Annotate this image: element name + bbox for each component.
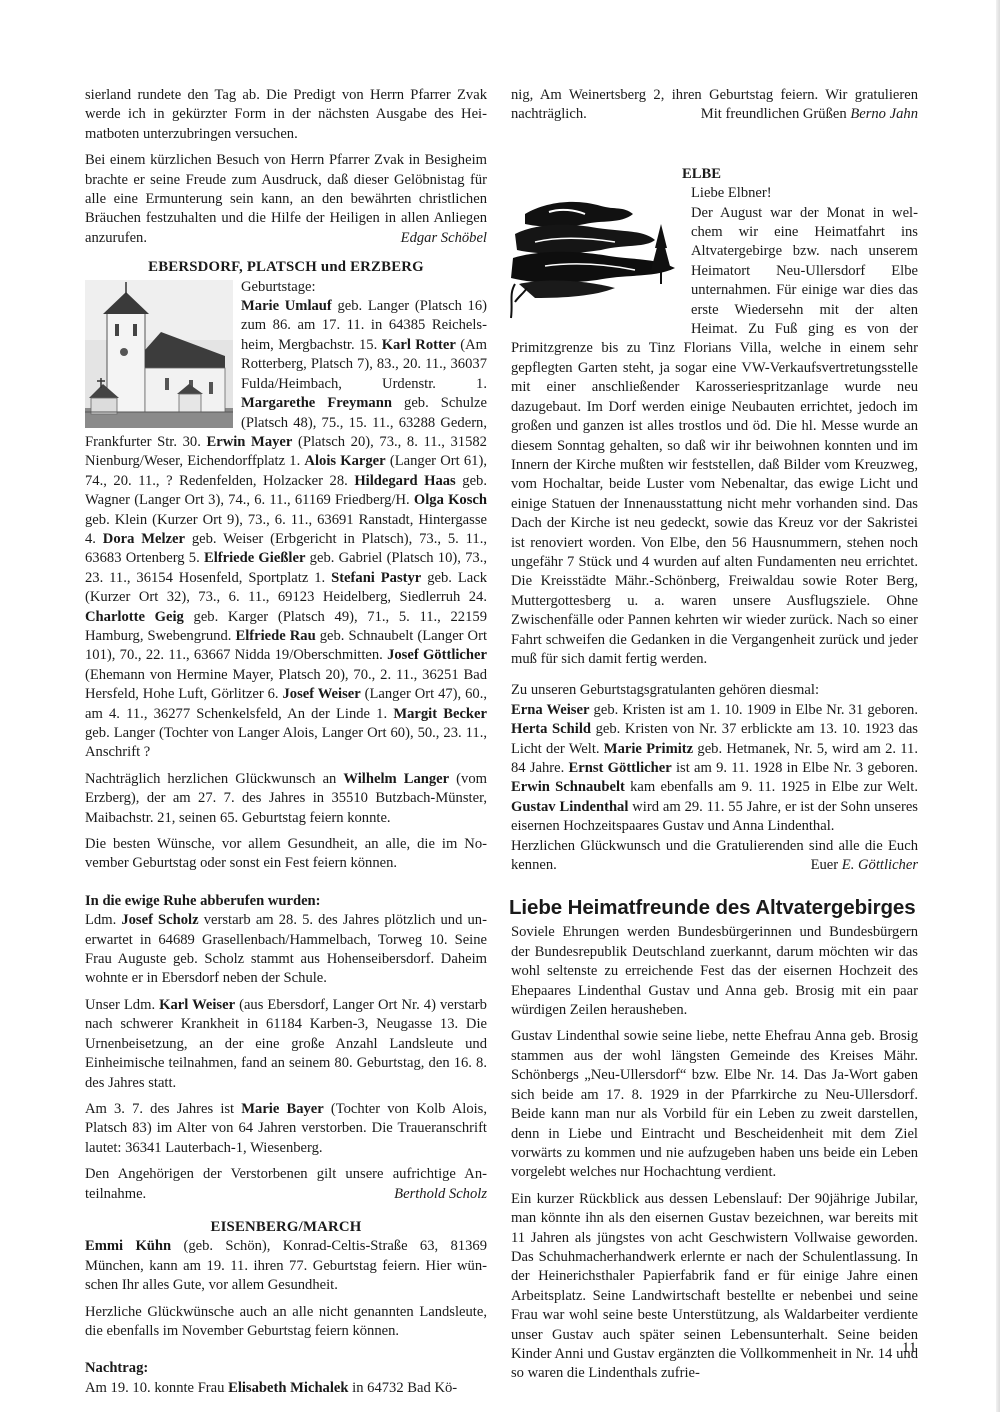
left-column: sierland rundete den Tag ab. Die Predigt… xyxy=(85,86,487,1405)
addendum-title: Nachtrag: xyxy=(85,1359,487,1378)
intro-paragraph-1: sierland rundete den Tag ab. Die Predigt… xyxy=(85,86,487,144)
section-title-eisenberg: EISENBERG/MARCH xyxy=(85,1218,487,1237)
addendum-continuation: nig, Am Weinertsberg 2, ihren Geburtstag… xyxy=(511,86,918,125)
death-notice-paragraph: Am 3. 7. des Jahres ist Marie Bayer (Toc… xyxy=(85,1100,487,1158)
birthdays-intro: Zu unseren Geburtstagsgratulanten gehöre… xyxy=(511,681,918,700)
eisenberg-paragraph-1: Emmi Kühn (geb. Schön), Konrad-Celtis-St… xyxy=(85,1237,487,1295)
birthday-entry: Ernst Göttlicher ist am 9. 11. 1928 in E… xyxy=(569,760,918,776)
landscape-icon xyxy=(505,184,683,324)
section-title-ebersdorf: EBERSDORF, PLATSCH und ERZBERG xyxy=(85,258,487,277)
article-paragraph-3: Ein kurzer Rückblick aus dessen Lebensla… xyxy=(511,1190,918,1384)
right-column: nig, Am Weinertsberg 2, ihren Geburtstag… xyxy=(511,86,918,1391)
page-number: 11 xyxy=(902,1340,916,1357)
document-page: sierland rundete den Tag ab. Die Predigt… xyxy=(0,0,1000,1412)
best-wishes-paragraph: Die besten Wünsche, vor allem Gesundheit… xyxy=(85,835,487,874)
intro-paragraph-2: Bei einem kürzlichen Besuch von Herrn Pf… xyxy=(85,151,487,248)
church-photo xyxy=(85,280,233,428)
death-notice-paragraph: Unser Ldm. Karl Weiser (aus Ebersdorf, L… xyxy=(85,996,487,1093)
addendum-paragraph: Am 19. 10. konnte Frau Elisabeth Michale… xyxy=(85,1379,487,1398)
signature-e-goettlicher: E. Göttlicher xyxy=(842,857,918,873)
elbe-birthdays: Zu unseren Geburtstagsgratulanten gehöre… xyxy=(511,681,918,875)
death-notice-paragraph: Ldm. Josef Scholz verstarb am 28. 5. des… xyxy=(85,911,487,989)
section-title-elbe: ELBE xyxy=(511,165,918,184)
elbe-section: Liebe Elbner! Der August war der Monat i… xyxy=(511,184,918,669)
deaths-title: In die ewige Ruhe abberufen wurden: xyxy=(85,892,487,911)
article-paragraph-2: Gustav Lindenthal sowie seine liebe, net… xyxy=(511,1027,918,1182)
signature-berno-jahn: Berno Jahn xyxy=(850,106,918,122)
article-headline: Liebe Heimatfreunde des Altvatergebirges xyxy=(509,895,918,921)
landscape-drawing xyxy=(505,184,683,324)
eisenberg-paragraph-2: Herzliche Glückwünsche auch an alle nich… xyxy=(85,1303,487,1342)
birthday-entry: Erna Weiser geb. Kristen ist am 1. 10. 1… xyxy=(511,702,918,718)
condolence-paragraph: Den Angehörigen der Verstorbenen gilt un… xyxy=(85,1165,487,1204)
signature-berthold-scholz: Berthold Scholz xyxy=(394,1185,487,1204)
church-icon xyxy=(85,280,233,428)
elbe-closing: Herzlichen Glückwunsch und die Gratulier… xyxy=(511,837,918,876)
birthday-entry: Gustav Lindenthal wird am 29. 11. 55 Jah… xyxy=(511,799,918,834)
ebersdorf-birthdays: Geburtstage: Marie Umlauf geb. Langer (P… xyxy=(85,278,487,763)
page-edge-shadow xyxy=(996,0,1000,1412)
belated-wish-paragraph: Nachträglich herzlichen Glückwunsch an W… xyxy=(85,770,487,828)
closing-regards: Mit freundlichen Grüßen Berno Jahn xyxy=(701,105,918,124)
article-paragraph-1: Soviele Ehrungen werden Bundesbürgerinne… xyxy=(511,923,918,1020)
birthday-entry: Erwin Schnaubelt kam ebenfalls am 9. 11.… xyxy=(511,779,918,795)
signature-edgar-schoebel: Edgar Schöbel xyxy=(401,229,487,248)
